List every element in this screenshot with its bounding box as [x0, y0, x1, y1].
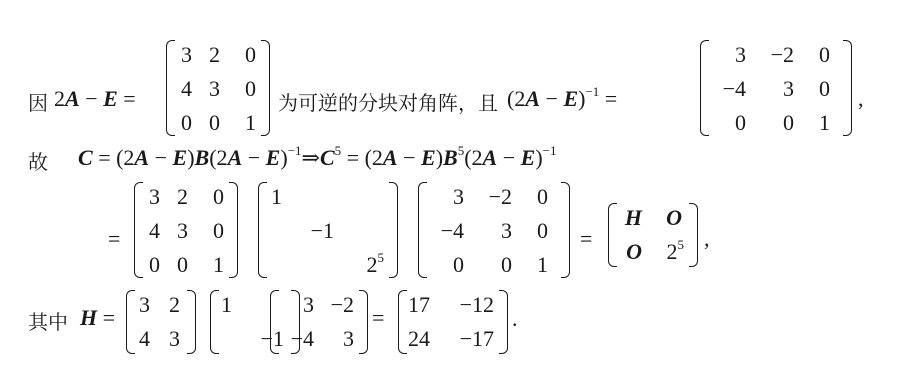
cjk-because: 因 — [28, 87, 48, 116]
matrix-2a-minus-e: 3 2 0 4 3 0 0 0 1 — [166, 40, 270, 136]
equals-sign-3: = — [372, 305, 384, 331]
period: . — [512, 306, 518, 332]
cjk-where: 其中 — [28, 306, 68, 335]
matrix-h-result: 17 −12 24 −17 — [398, 290, 508, 354]
matrix-h-1: 3 2 4 3 — [126, 290, 196, 354]
equals-sign-2: = — [580, 226, 592, 252]
expr-2a-minus-e: 2A − E = — [54, 86, 136, 112]
matrix-p: 3 2 0 4 3 0 0 0 1 — [134, 182, 238, 278]
matrix-h-3: 3 −2 −4 3 — [270, 290, 368, 354]
matrix-diagonal-b5: 1 −1 25 — [258, 182, 398, 278]
cjk-therefore: 故 — [28, 146, 48, 175]
equals-sign: = — [108, 226, 120, 252]
matrix-p-inverse: 3 −2 0 −4 3 0 0 0 1 — [418, 182, 570, 278]
expr-h: H = — [80, 305, 115, 331]
cjk-invertible-block-diagonal: 为可逆的分块对角阵，且 — [278, 87, 498, 116]
expr-inverse: (2A − E)−1 = — [507, 86, 617, 112]
matrix-inverse: 3 −2 0 −4 3 0 0 0 1 — [700, 40, 852, 136]
block-matrix: H O O 25 — [608, 203, 698, 267]
comma-2: , — [704, 226, 710, 252]
comma: , — [858, 86, 864, 112]
expr-c-equation: C = (2A − E)B(2A − E)−1⇒C5 = (2A − E)B5(… — [78, 145, 557, 171]
